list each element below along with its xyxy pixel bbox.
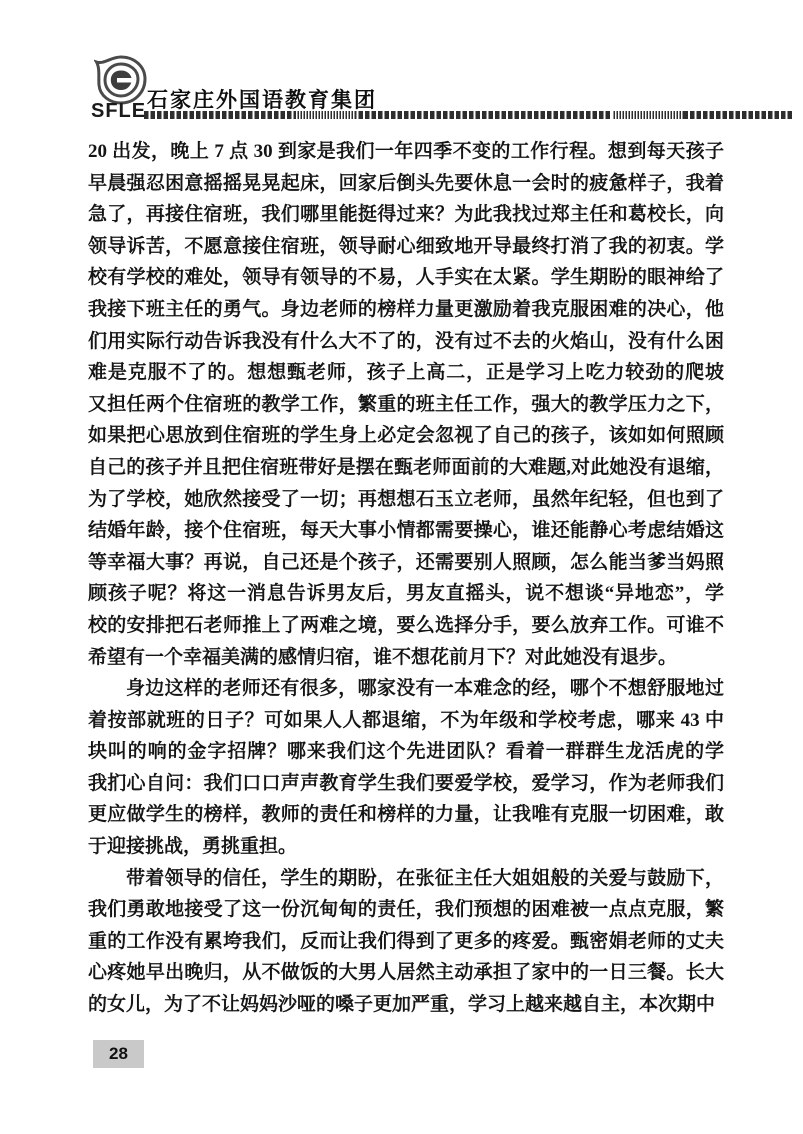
org-title: 石家庄外国语教育集团 bbox=[147, 84, 377, 114]
text-line: 我们勇敢地接受了这一份沉甸甸的责任，我们预想的困难被一点点克服，繁 bbox=[88, 894, 724, 926]
text-line: 校的安排把石老师推上了两难之境，要么选择分手，要么放弃工作。可谁不 bbox=[88, 610, 724, 642]
text-line: 于迎接挑战，勇挑重担。 bbox=[88, 831, 724, 863]
text-line: 身边这样的老师还有很多，哪家没有一本难念的经，哪个不想舒服地过 bbox=[88, 673, 724, 705]
text-line: 顾孩子呢？将这一消息告诉男友后，男友直摇头，说不想谈“异地恋”，学 bbox=[88, 578, 724, 610]
text-line: 我扪心自问：我们口口声声教育学生我们要爱学校，爱学习，作为老师我们 bbox=[88, 768, 724, 800]
text-line: 希望有一个幸福美满的感情归宿，谁不想花前月下？对此她没有退步。 bbox=[88, 642, 724, 674]
text-line: 着按部就班的日子？可如果人人都退缩，不为年级和学校考虑，哪来 43 中这 bbox=[88, 705, 724, 737]
body-paragraphs: 20 出发，晚上 7 点 30 到家是我们一年四季不变的工作行程。想到每天孩子早… bbox=[88, 136, 724, 1021]
text-line: 心疼她早出晚归，从不做饭的大男人居然主动承担了家中的一日三餐。长大 bbox=[88, 957, 724, 989]
text-line: 等幸福大事？再说，自己还是个孩子，还需要别人照顾，怎么能当爹当妈照 bbox=[88, 547, 724, 579]
text-line: 重的工作没有累垮我们，反而让我们得到了更多的疼爱。甄密娟老师的丈夫 bbox=[88, 926, 724, 958]
text-line: 校有学校的难处，领导有领导的不易，人手实在太紧。学生期盼的眼神给了 bbox=[88, 262, 724, 294]
text-line: 领导诉苦，不愿意接住宿班，领导耐心细致地开导最终打消了我的初衷。学 bbox=[88, 231, 724, 263]
text-line: 们用实际行动告诉我没有什么大不了的，没有过不去的火焰山，没有什么困 bbox=[88, 326, 724, 358]
text-line: 更应做学生的榜样，教师的责任和榜样的力量，让我唯有克服一切困难，敢 bbox=[88, 799, 724, 831]
document-page: SFLE 石家庄外国语教育集团 20 出发，晚上 7 点 30 到家是我们一年四… bbox=[0, 0, 803, 1134]
text-line: 难是克服不了的。想想甄老师，孩子上高二，正是学习上吃力较劲的爬坡期， bbox=[88, 357, 724, 389]
text-line: 为了学校，她欣然接受了一切；再想想石玉立老师，虽然年纪轻，但也到了 bbox=[88, 484, 724, 516]
text-line: 的女儿，为了不让妈妈沙哑的嗓子更加严重，学习上越来越自主，本次期中 bbox=[88, 989, 724, 1021]
text-line: 急了，再接住宿班，我们哪里能挺得过来？为此我找过郑主任和葛校长，向 bbox=[88, 199, 724, 231]
page-number: 28 bbox=[93, 1040, 144, 1068]
sfle-logo-icon bbox=[94, 55, 148, 105]
text-line: 早晨强忍困意摇摇晃晃起床，回家后倒头先要休息一会时的疲惫样子，我着 bbox=[88, 168, 724, 200]
text-line: 自己的孩子并且把住宿班带好是摆在甄老师面前的大难题,对此她没有退缩， bbox=[88, 452, 724, 484]
header-dotted-rule bbox=[144, 111, 793, 119]
text-line: 块叫的响的金字招牌？哪来我们这个先进团队？看着一群群生龙活虎的学生， bbox=[88, 736, 724, 768]
text-line: 带着领导的信任，学生的期盼，在张征主任大姐姐般的关爱与鼓励下， bbox=[88, 863, 724, 895]
sfle-logo-text: SFLE bbox=[91, 100, 146, 123]
text-line: 又担任两个住宿班的教学工作，繁重的班主任工作，强大的教学压力之下， bbox=[88, 389, 724, 421]
text-line: 我接下班主任的勇气。身边老师的榜样力量更激励着我克服困难的决心，他 bbox=[88, 294, 724, 326]
text-line: 20 出发，晚上 7 点 30 到家是我们一年四季不变的工作行程。想到每天孩子 bbox=[88, 136, 724, 168]
text-line: 结婚年龄，接个住宿班，每天大事小情都需要操心，谁还能静心考虑结婚这 bbox=[88, 515, 724, 547]
text-line: 如果把心思放到住宿班的学生身上必定会忽视了自己的孩子，该如如何照顾 bbox=[88, 420, 724, 452]
